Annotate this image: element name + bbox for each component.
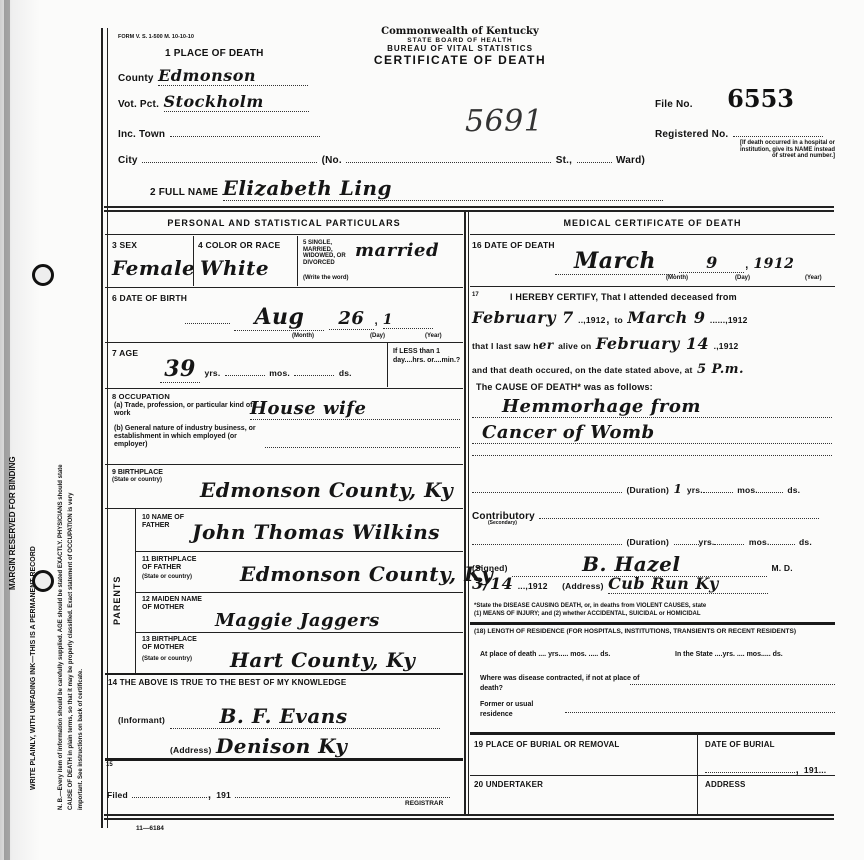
time-of-death: 5 P.m.	[697, 362, 744, 377]
duration-label: (Duration)	[626, 485, 669, 495]
physician-address-label: (Address)	[562, 581, 603, 591]
marital-label: 5 SINGLE, MARRIED, WIDOWED, OR DIVORCED	[303, 240, 358, 266]
death-month: March	[555, 248, 675, 275]
dob-field: Aug 26, 1	[185, 304, 460, 331]
occupation-value: House wife	[250, 398, 460, 420]
physician-address: Cub Run Ky	[608, 574, 768, 594]
filed-year: 191	[216, 790, 231, 800]
dob-month: Aug	[234, 304, 324, 331]
voting-precinct-field: Vot. Pct. Stockholm	[118, 92, 338, 112]
residence-heading: (18) LENGTH OF RESIDENCE (FOR HOSPITALS,…	[474, 628, 834, 636]
page-edge	[4, 0, 10, 860]
divider	[135, 508, 136, 673]
column-divider	[464, 210, 469, 815]
street-label: St.,	[556, 155, 572, 166]
footer-divider	[104, 814, 834, 820]
former-residence-label: Former or usual residence	[480, 700, 550, 720]
vot-pct-label: Vot. Pct.	[118, 99, 159, 110]
certify-text: I HEREBY CERTIFY, That I attended deceas…	[510, 292, 737, 302]
age-label: 7 AGE	[112, 348, 138, 358]
last-saw-pronoun: er	[539, 338, 554, 352]
instruction-note-1: N. B.—Every item of information should b…	[58, 464, 64, 810]
certificate-header: Commonwealth of Kentucky STATE BOARD OF …	[360, 26, 560, 67]
divider	[105, 673, 463, 675]
day-caption: (Day)	[370, 333, 385, 340]
inc-town-value	[170, 136, 320, 137]
father-birthplace-value: Edmonson County, Ky	[240, 562, 493, 586]
file-number-field: File No. 6553	[655, 84, 794, 113]
signed-label: (Signed)	[472, 563, 508, 573]
date-of-death-label: 16 DATE OF DEATH	[472, 240, 555, 250]
time-of-death-field: and that death occured, on the date stat…	[472, 360, 837, 378]
former-residence-value	[565, 712, 835, 713]
mother-birthplace-note: (State or country)	[142, 656, 192, 663]
divider	[470, 732, 835, 735]
dob-day: 26	[329, 308, 374, 330]
at-place-of-death-label: At place of death .... yrs..... mos. ...…	[480, 650, 660, 660]
form-number: FORM V. S. 1-500 M. 10-10-10	[118, 34, 194, 41]
vot-pct-value: Stockholm	[164, 92, 309, 112]
occupation-b-label: (b) General nature of industry business,…	[114, 425, 264, 449]
cause-line-2: Cancer of Womb	[472, 422, 832, 444]
birthplace-label: 9 BIRTHPLACE	[112, 470, 163, 477]
death-year-caption: (Year)	[805, 275, 822, 282]
father-name-label: 10 NAME OF FATHER	[142, 514, 187, 530]
informant-address-value: Denison Ky	[216, 734, 456, 759]
divider	[387, 342, 388, 387]
footnote-line-1: *State the DISEASE CAUSING DEATH, or, in…	[474, 603, 706, 610]
divider	[136, 592, 463, 593]
yrs-label: yrs.	[687, 485, 703, 495]
dob-label: 6 DATE OF BIRTH	[112, 293, 187, 303]
birthplace-note: (State or country)	[112, 477, 162, 484]
birthplace-value: Edmonson County, Ky	[200, 478, 453, 502]
divider	[470, 286, 835, 287]
form-code: 11—6184	[136, 826, 164, 833]
duration-label: (Duration)	[626, 537, 669, 547]
last-seen-field: that I last saw her alive on February 14…	[472, 334, 837, 354]
cause-of-death-label: The CAUSE OF DEATH* was as follows:	[476, 382, 653, 392]
yrs-label: yrs.	[699, 537, 715, 547]
yrs-label: yrs.	[204, 368, 220, 378]
board-title: STATE BOARD OF HEALTH	[360, 37, 560, 44]
burial-place-label: 19 PLACE OF BURIAL OR REMOVAL	[474, 740, 620, 749]
age-field: 39 yrs. mos. ds.	[160, 356, 352, 383]
county-field: County Edmonson	[118, 66, 338, 86]
item-15-label: 15	[106, 762, 113, 769]
mother-birthplace-label: 13 BIRTHPLACE OF MOTHER	[142, 636, 202, 652]
mother-birthplace-value: Hart County, Ky	[230, 648, 415, 672]
divider	[105, 388, 463, 389]
occupation-b-value	[265, 447, 460, 448]
contributory-duration-field: (Duration) yrs. mos. ds.	[472, 532, 837, 550]
instruction-note-2: CAUSE OF DEATH in plain terms, so that i…	[68, 493, 74, 810]
inc-town-label: Inc. Town	[118, 129, 165, 140]
mos-label: mos.	[749, 537, 770, 547]
last-saw-label: that I last saw h	[472, 341, 539, 351]
signed-year: 1912	[528, 581, 548, 591]
duration-years: 1	[674, 482, 683, 496]
informant-address-field: (Address) Denison Ky	[170, 734, 456, 759]
divider	[136, 551, 463, 552]
attended-from: February 7	[472, 308, 574, 327]
sex-value: Female	[112, 256, 195, 280]
undertaker-address-label: ADDRESS	[705, 780, 746, 789]
divider	[193, 236, 194, 286]
divider	[470, 622, 835, 625]
month-caption: (Month)	[292, 333, 314, 340]
binding-margin-label: MARGIN RESERVED FOR BINDING	[8, 456, 17, 590]
punch-hole-icon	[32, 570, 54, 592]
informant-label: (Informant)	[118, 715, 165, 725]
year-caption: (Year)	[425, 333, 442, 340]
divider	[470, 775, 835, 776]
full-name-label: 2 FULL NAME	[150, 187, 218, 198]
informant-heading: 14 THE ABOVE IS TRUE TO THE BEST OF MY K…	[108, 678, 346, 687]
handwritten-record-number: 5691	[465, 104, 543, 139]
occupation-a-label: (a) Trade, profession, or particular kin…	[114, 402, 254, 418]
duration-field: (Duration) 1 yrs. mos. ds.	[472, 480, 837, 498]
to-label: to	[614, 315, 622, 325]
divider	[105, 464, 463, 465]
burial-date-label: DATE OF BURIAL	[705, 740, 775, 749]
age-years: 39	[160, 356, 200, 383]
inc-town-field: Inc. Town	[118, 124, 338, 142]
city-value	[142, 162, 317, 163]
in-state-label: In the State ....yrs. .... mos..... ds.	[675, 650, 835, 660]
mos-label: mos.	[737, 485, 758, 495]
divider	[105, 234, 463, 235]
informant-value: B. F. Evans	[170, 704, 440, 729]
full-name-value: Elizabeth Ling	[223, 176, 663, 201]
informant-address-label: (Address)	[170, 745, 211, 755]
registered-no-value	[733, 136, 823, 137]
disease-contracted-value	[630, 684, 835, 685]
commonwealth-title: Commonwealth of Kentucky	[360, 26, 560, 37]
dob-year: 1	[383, 312, 433, 329]
registered-no-label: Registered No.	[655, 129, 728, 140]
filed-field: Filed , 191	[107, 785, 450, 803]
secondary-label: (Secondary)	[488, 520, 517, 527]
file-no-label: File No.	[655, 99, 693, 110]
full-name-field: 2 FULL NAME Elizabeth Ling	[150, 176, 710, 201]
attended-field: February 7 ..,1912, to March 9 ......,19…	[472, 308, 837, 328]
race-value: White	[200, 256, 269, 280]
filed-label: Filed	[107, 790, 128, 800]
punch-hole-icon	[32, 264, 54, 286]
death-day: 9	[679, 253, 744, 273]
personal-section-title: PERSONAL AND STATISTICAL PARTICULARS	[105, 218, 463, 228]
city-label: City	[118, 155, 138, 166]
mos-label: mos.	[269, 368, 290, 378]
ds-label: ds.	[339, 368, 352, 378]
divider	[105, 342, 463, 343]
county-value: Edmonson	[158, 66, 308, 86]
city-field: City (No. St., Ward)	[118, 150, 718, 168]
md-label: M. D.	[772, 563, 793, 573]
divider	[105, 758, 463, 761]
medical-section-title: MEDICAL CERTIFICATE OF DEATH	[470, 218, 835, 228]
marital-note: (Write the word)	[303, 275, 349, 282]
divider	[470, 234, 835, 235]
death-day-caption: (Day)	[735, 275, 750, 282]
death-month-caption: (Month)	[666, 275, 688, 282]
occurred-text: and that death occured, on the date stat…	[472, 365, 693, 375]
marital-value: married	[355, 240, 439, 261]
certify-number: 17	[472, 292, 479, 299]
mother-name-label: 12 MAIDEN NAME OF MOTHER	[142, 596, 212, 612]
mother-name-value: Maggie Jaggers	[215, 610, 380, 631]
cause-line-3	[472, 455, 832, 456]
sex-label: 3 SEX	[112, 240, 137, 250]
occupation-label: 8 OCCUPATION	[112, 392, 170, 401]
instruction-note-3: important. See instructions on back of c…	[78, 669, 84, 810]
cause-line-1: Hemmorhage from	[472, 396, 832, 418]
divider	[105, 287, 463, 288]
contributory-field: Contributory	[472, 506, 819, 524]
divider	[105, 508, 463, 509]
attended-to-year: 1912	[728, 315, 748, 325]
attended-from-year: 1912	[586, 315, 606, 325]
father-birthplace-note: (State or country)	[142, 574, 192, 581]
place-of-death-heading: 1 PLACE OF DEATH	[165, 48, 264, 59]
alive-on-label: alive on	[558, 341, 591, 351]
bureau-title: BUREAU OF VITAL STATISTICS	[360, 44, 560, 53]
divider	[136, 632, 463, 633]
footnote-line-2: (1) MEANS OF INJURY; and (2) whether ACC…	[474, 611, 701, 618]
ds-label: ds.	[799, 537, 812, 547]
ds-label: ds.	[787, 485, 800, 495]
file-no-value: 6553	[727, 84, 794, 113]
signed-date: 3/14	[472, 574, 513, 593]
father-name-value: John Thomas Wilkins	[192, 520, 440, 544]
parents-side-label: PARENTS	[112, 576, 122, 625]
registrar-label: REGISTRAR	[405, 801, 443, 808]
last-saw-year: 1912	[719, 341, 739, 351]
burial-year: 191	[804, 765, 819, 775]
street-no-label: (No.	[322, 155, 342, 166]
race-label: 4 COLOR OR RACE	[198, 240, 280, 250]
signed-date-field: 3/14 ...,1912 (Address) Cub Run Ky	[472, 574, 837, 594]
informant-field: (Informant) B. F. Evans	[118, 704, 440, 729]
undertaker-label: 20 UNDERTAKER	[474, 780, 543, 789]
form-border-left	[101, 28, 108, 828]
hospital-note: [If death occurred in a hospital or inst…	[735, 140, 835, 160]
father-birthplace-label: 11 BIRTHPLACE OF FATHER	[142, 556, 202, 572]
last-saw-date: February 14	[596, 334, 709, 353]
date-of-death-field: March 9, 1912	[555, 248, 794, 275]
less-than-day-label: If LESS than 1 day....hrs. or....min.?	[393, 348, 461, 365]
attended-to: March 9	[627, 308, 705, 327]
certificate-title: CERTIFICATE OF DEATH	[360, 53, 560, 67]
ward-label: Ward)	[616, 155, 645, 166]
county-label: County	[118, 73, 154, 84]
divider	[697, 733, 698, 815]
header-divider	[104, 206, 834, 212]
death-year: 1912	[753, 256, 794, 272]
divider	[297, 236, 298, 286]
